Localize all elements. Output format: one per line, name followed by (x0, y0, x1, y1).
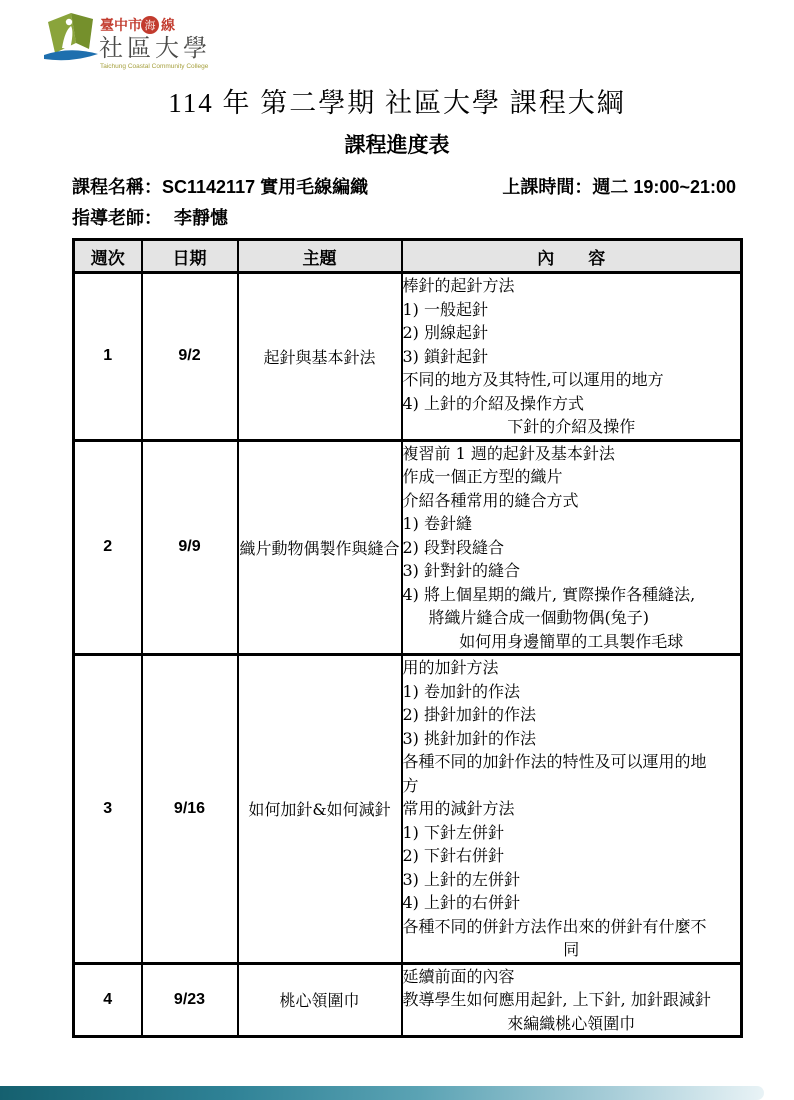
week-number: 3 (74, 655, 142, 964)
org-logo: 臺中市 海 線 社區大學 Taichung Coastal Community … (42, 10, 222, 76)
header-content: 內 容 (402, 240, 742, 273)
header-topic: 主題 (238, 240, 402, 273)
content-line: 來編織桃心領圍巾 (403, 1012, 741, 1036)
course-time: 上課時間：週二 19:00~21:00 (502, 174, 736, 200)
class-content: 用的加針方法 1) 卷加針的作法 2) 掛針加針的作法 3) 挑針加針的作法 各… (402, 655, 742, 964)
logo-city-text: 臺中市 (100, 17, 142, 33)
course-info-line2: 指導老師：李靜憓 (72, 205, 736, 231)
content-line: 1) 一般起針 (403, 298, 741, 322)
class-content: 複習前 1 週的起針及基本針法 作成一個正方型的織片 介紹各種常用的縫合方式 1… (402, 440, 742, 655)
content-line: 3) 上針的左併針 (403, 868, 741, 892)
logo-english-name: Taichung Coastal Community College (100, 63, 209, 70)
content-line: 用的加針方法 (403, 656, 741, 680)
content-line: 4) 上針的右併針 (403, 891, 741, 915)
course-time-label: 上課時間： (502, 177, 592, 197)
table-row: 1 9/2 起針與基本針法 棒針的起針方法 1) 一般起針 2) 別線起針 3)… (74, 273, 742, 441)
class-date: 9/2 (142, 273, 238, 441)
content-line: 2) 掛針加針的作法 (403, 703, 741, 727)
table-row: 4 9/23 桃心領圍巾 延續前面的內容 教導學生如何應用起針, 上下針, 加針… (74, 963, 742, 1037)
course-name: 課程名稱：SC1142117 實用毛線編織 (72, 174, 368, 200)
content-line: 1) 下針左併針 (403, 821, 741, 845)
content-line: 介紹各種常用的縫合方式 (403, 489, 741, 513)
class-content: 延續前面的內容 教導學生如何應用起針, 上下針, 加針跟減針 來編織桃心領圍巾 (402, 963, 742, 1037)
week-number: 1 (74, 273, 142, 441)
class-topic: 織片動物偶製作與縫合 (238, 440, 402, 655)
course-name-label: 課程名稱： (72, 177, 162, 197)
header-date: 日期 (142, 240, 238, 273)
content-line: 4) 將上個星期的織片, 實際操作各種縫法, (403, 583, 741, 607)
week-number: 4 (74, 963, 142, 1037)
course-info: 課程名稱：SC1142117 實用毛線編織 上課時間：週二 19:00~21:0… (72, 174, 736, 231)
logo-line-text: 線 (160, 17, 175, 33)
logo-seal-char: 海 (145, 18, 156, 32)
content-line: 2) 下針右併針 (403, 844, 741, 868)
content-line: 複習前 1 週的起針及基本針法 (403, 442, 741, 466)
content-line: 各種不同的加針作法的特性及可以運用的地 (403, 750, 741, 774)
page-title: 114 年 第二學期 社區大學 課程大綱 (0, 86, 794, 120)
content-line: 不同的地方及其特性,可以運用的地方 (403, 368, 741, 392)
content-line: 教導學生如何應用起針, 上下針, 加針跟減針 (403, 988, 741, 1012)
header-week: 週次 (74, 240, 142, 273)
content-line: 3) 針對針的縫合 (403, 559, 741, 583)
content-line: 3) 鎖針起針 (403, 345, 741, 369)
logo-wave-shape (44, 50, 98, 60)
week-number: 2 (74, 440, 142, 655)
content-line: 2) 段對段縫合 (403, 536, 741, 560)
content-line: 2) 別線起針 (403, 321, 741, 345)
class-date: 9/16 (142, 655, 238, 964)
table-row: 3 9/16 如何加針&如何減針 用的加針方法 1) 卷加針的作法 2) 掛針加… (74, 655, 742, 964)
course-time-value: 週二 19:00~21:00 (592, 177, 736, 197)
content-line: 各種不同的併針方法作出來的併針有什麼不 (403, 915, 741, 939)
content-line: 1) 卷加針的作法 (403, 680, 741, 704)
class-date: 9/23 (142, 963, 238, 1037)
table-row: 2 9/9 織片動物偶製作與縫合 複習前 1 週的起針及基本針法 作成一個正方型… (74, 440, 742, 655)
table-header-row: 週次 日期 主題 內 容 (74, 240, 742, 273)
course-name-value: SC1142117 實用毛線編織 (162, 177, 368, 197)
org-logo-graphic: 臺中市 海 線 社區大學 Taichung Coastal Community … (42, 10, 222, 76)
content-line: 方 (403, 774, 741, 798)
footer-decoration-bar (0, 1086, 764, 1100)
content-line: 如何用身邊簡單的工具製作毛球 (403, 630, 741, 654)
content-line: 棒針的起針方法 (403, 274, 741, 298)
content-line: 1) 卷針縫 (403, 512, 741, 536)
class-date: 9/9 (142, 440, 238, 655)
page-subtitle: 課程進度表 (0, 132, 794, 160)
course-info-line1: 課程名稱：SC1142117 實用毛線編織 上課時間：週二 19:00~21:0… (72, 174, 736, 200)
class-topic: 如何加針&如何減針 (238, 655, 402, 964)
content-line: 4) 上針的介紹及操作方式 (403, 392, 741, 416)
logo-figure-head (66, 19, 72, 25)
teacher-value: 李靜憓 (174, 208, 228, 228)
teacher-label: 指導老師： (72, 208, 162, 228)
content-line: 延續前面的內容 (403, 965, 741, 989)
content-line: 同 (403, 938, 741, 962)
class-topic: 桃心領圍巾 (238, 963, 402, 1037)
course-schedule-table: 週次 日期 主題 內 容 1 9/2 起針與基本針法 棒針的起針方法 1) 一般… (72, 238, 743, 1038)
content-line: 3) 挑針加針的作法 (403, 727, 741, 751)
class-content: 棒針的起針方法 1) 一般起針 2) 別線起針 3) 鎖針起針 不同的地方及其特… (402, 273, 742, 441)
content-line: 常用的減針方法 (403, 797, 741, 821)
content-line: 作成一個正方型的織片 (403, 465, 741, 489)
content-line: 將織片縫合成一個動物偶(兔子) (403, 606, 741, 630)
content-line: 下針的介紹及操作 (403, 415, 741, 439)
class-topic: 起針與基本針法 (238, 273, 402, 441)
logo-org-name: 社區大學 (99, 35, 211, 62)
